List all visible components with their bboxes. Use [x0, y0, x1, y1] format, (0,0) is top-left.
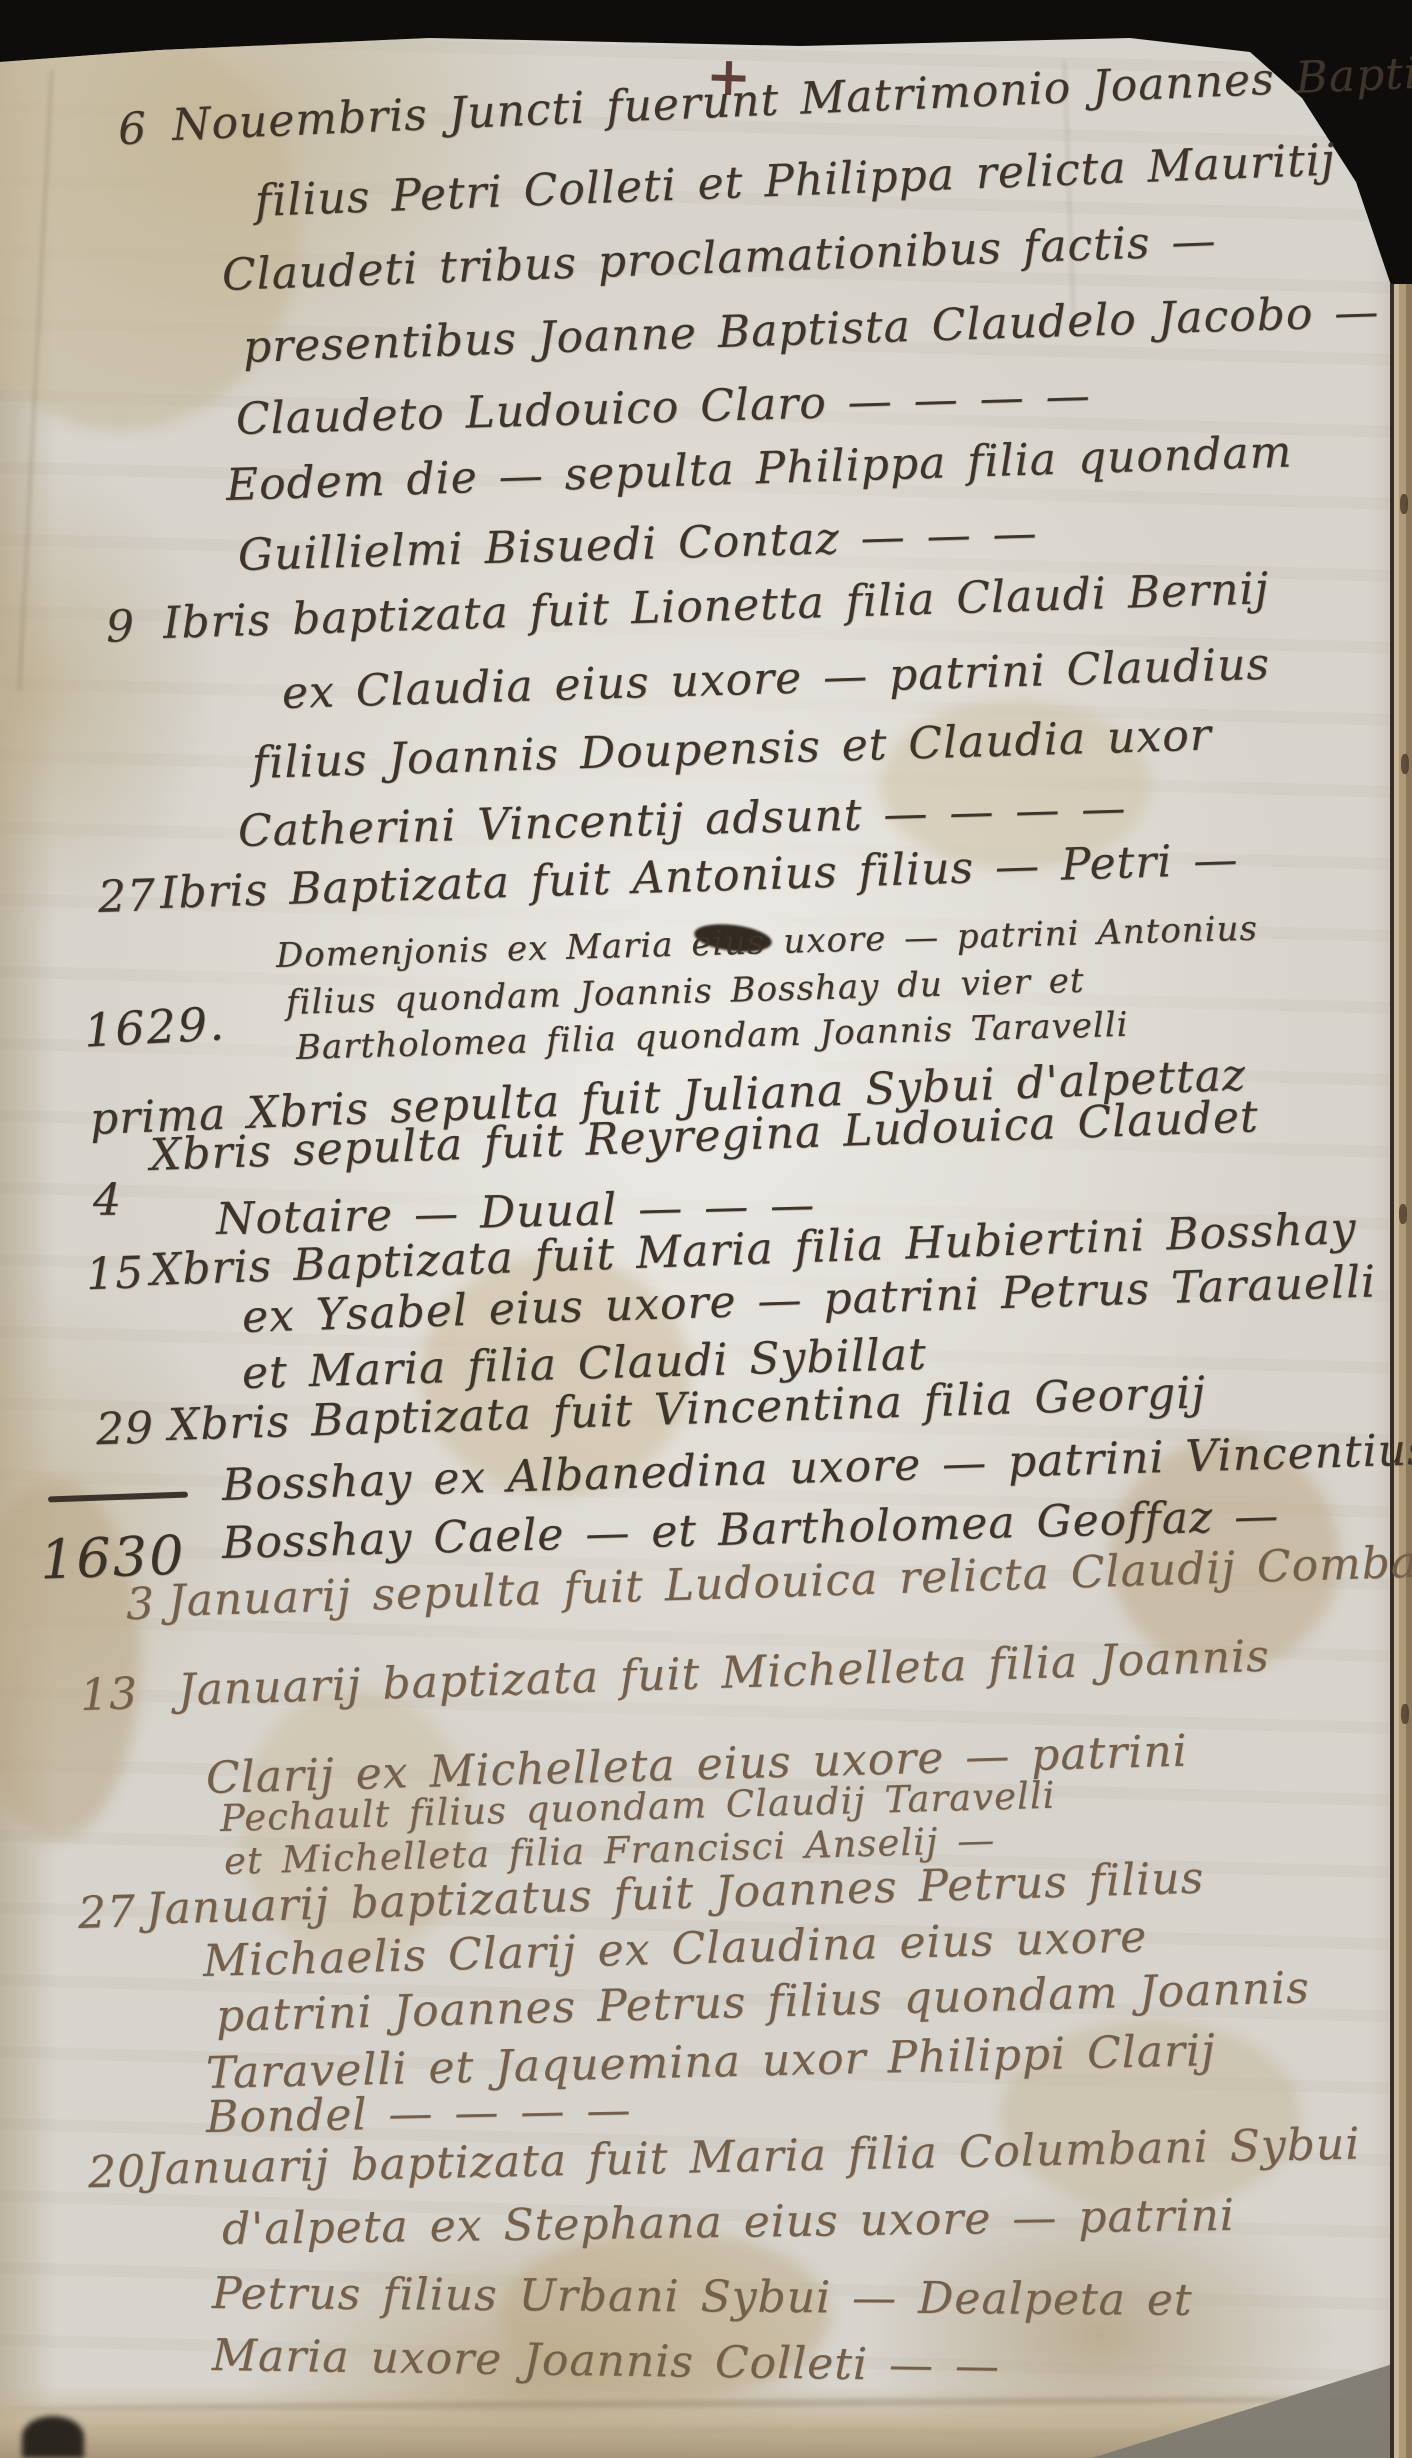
margin-day-number: 15 — [85, 1247, 145, 1300]
manuscript-line-text: Petrus filius Urbani Sybui — Dealpeta et — [212, 2268, 1193, 2326]
manuscript-line: Maria uxore Joannis Colleti — — — [212, 2330, 1001, 2392]
manuscript-line: ex Claudia eius uxore — patrini Claudius — [281, 639, 1270, 719]
margin-divider-line — [48, 1492, 188, 1503]
scanned-register-page: + 6Nouembris Juncti fuerunt Matrimonio J… — [0, 0, 1412, 2458]
manuscript-line-text: filius Joannis Doupensis et Claudia uxor — [251, 710, 1212, 789]
margin-year-label: 1629. — [83, 996, 227, 1057]
manuscript-line: Claudeto Ludouico Claro — — — — — [235, 370, 1091, 445]
manuscript-line: 6Nouembris Juncti fuerunt Matrimonio Joa… — [171, 45, 1412, 151]
manuscript-line: filius Joannis Doupensis et Claudia uxor — [251, 710, 1212, 789]
manuscript-line-text: Claudeti tribus proclamationibus factis … — [221, 215, 1217, 301]
margin-day-number: 27 — [77, 1886, 136, 1939]
manuscript-line-text: Januarij baptizata fuit Michelleta filia… — [177, 1631, 1270, 1716]
manuscript-line-text: Claudeto Ludouico Claro — — — — — [235, 370, 1091, 445]
margin-day-number: 27 — [97, 870, 157, 923]
manuscript-line: Domenjonis ex Maria eius uxore — patrini… — [275, 909, 1258, 976]
manuscript-line: Claudeti tribus proclamationibus factis … — [221, 215, 1217, 301]
manuscript-line: filius Petri Colleti et Philippa relicta… — [254, 135, 1336, 227]
handwriting-layer: + 6Nouembris Juncti fuerunt Matrimonio J… — [0, 0, 1412, 2458]
manuscript-line: 4 — [93, 1175, 122, 1226]
manuscript-line: Guillielmi Bisuedi Contaz — — — — [237, 508, 1038, 581]
manuscript-line: d'alpeta ex Stephana eius uxore — patrin… — [222, 2190, 1236, 2255]
manuscript-line-text: d'alpeta ex Stephana eius uxore — patrin… — [222, 2190, 1236, 2255]
manuscript-line-text: Domenjonis ex Maria eius uxore — patrini… — [275, 909, 1258, 976]
manuscript-line-text: Guillielmi Bisuedi Contaz — — — — [237, 508, 1038, 581]
margin-day-number: 6 — [117, 103, 148, 155]
manuscript-line: 13Januarij baptizata fuit Michelleta fil… — [177, 1631, 1270, 1716]
manuscript-line-text: 4 — [93, 1175, 122, 1226]
margin-day-number: 29 — [95, 1402, 155, 1455]
manuscript-line: presentibus Joanne Baptista Claudelo Jac… — [242, 286, 1380, 373]
manuscript-line-text: Nouembris Juncti fuerunt Matrimonio Joan… — [171, 45, 1412, 151]
margin-year-label: 1630 — [39, 1523, 187, 1591]
margin-day-number: 20 — [88, 2146, 147, 2198]
manuscript-line-text: ex Claudia eius uxore — patrini Claudius — [281, 639, 1270, 719]
margin-day-number: 13 — [79, 1668, 139, 1721]
manuscript-line: Petrus filius Urbani Sybui — Dealpeta et — [212, 2268, 1193, 2326]
manuscript-line-text: Maria uxore Joannis Colleti — — — [212, 2330, 1001, 2392]
manuscript-line-text: presentibus Joanne Baptista Claudelo Jac… — [242, 286, 1380, 373]
margin-day-number: 9 — [105, 601, 136, 653]
manuscript-line-text: filius Petri Colleti et Philippa relicta… — [254, 135, 1336, 227]
